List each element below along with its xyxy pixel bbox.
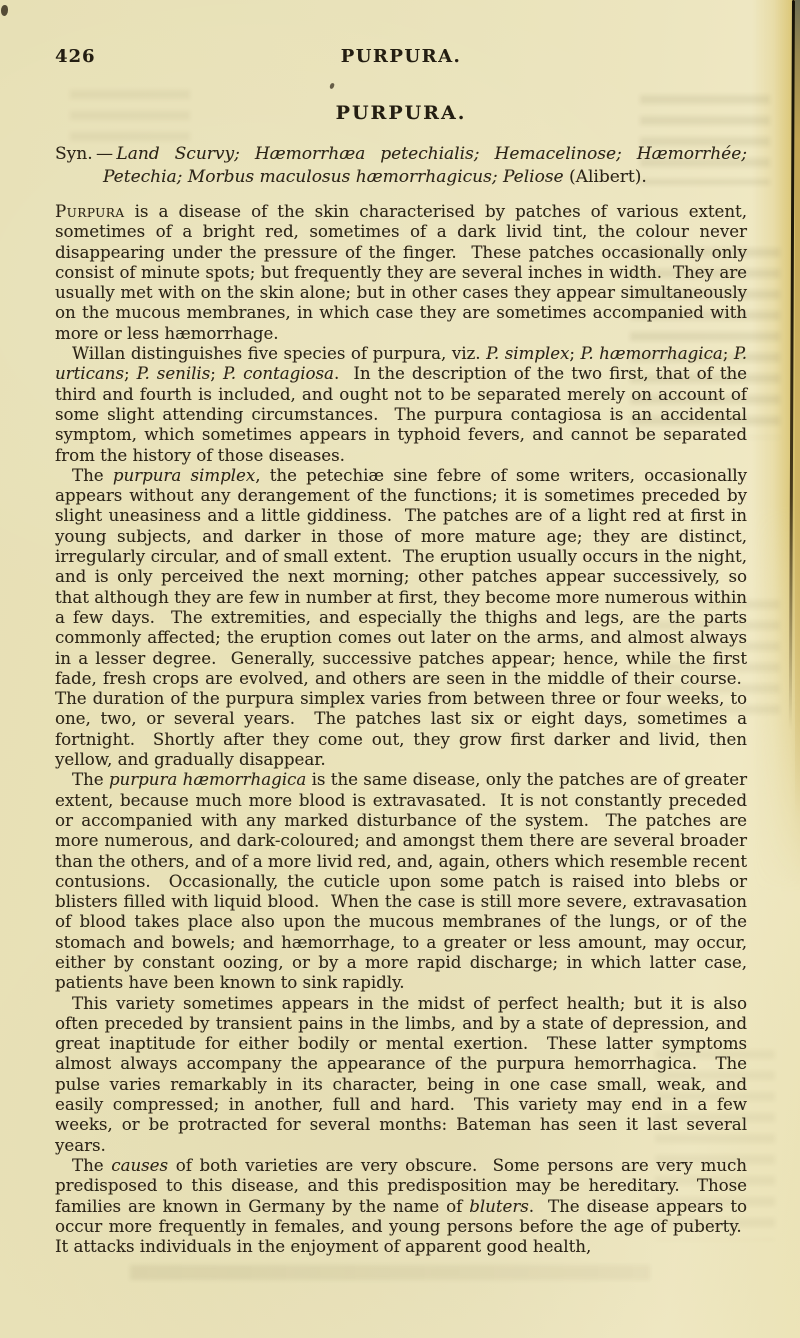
text-segment: Syn. —	[55, 144, 116, 164]
book-page-scan: 426 PURPURA. PURPURA. Syn. — Land Scurvy…	[0, 0, 800, 1338]
synonyms-line: Syn. — Land Scurvy; Hæmorrhæa petechiali…	[55, 143, 747, 189]
text-segment: The	[72, 770, 109, 789]
text-segment: purpura simplex	[113, 466, 255, 485]
page-edge-gold-strip	[795, 0, 800, 820]
text-segment: The	[72, 466, 113, 485]
text-segment: This variety sometimes appears in the mi…	[55, 994, 747, 1155]
ink-speck	[1, 5, 8, 16]
running-head-row: 426 PURPURA.	[55, 46, 747, 68]
text-segment: ;	[210, 364, 223, 383]
text-segment: bluters	[469, 1197, 529, 1216]
text-segment: P. senilis	[137, 364, 211, 383]
running-head: PURPURA.	[341, 46, 462, 67]
show-through-smudge	[130, 1265, 650, 1280]
paragraph-1: Purpura is a disease of the skin charact…	[55, 202, 747, 344]
text-segment: is a disease of the skin characterised b…	[55, 202, 747, 343]
paragraph-3: The purpura simplex, the petechiæ sine f…	[55, 466, 747, 770]
text-segment: Purpura	[55, 202, 125, 221]
text-segment: ;	[723, 344, 734, 363]
article-title: PURPURA.	[55, 102, 747, 124]
text-segment: P. contagiosa	[223, 364, 334, 383]
text-segment: Land Scurvy; Hæmorrhæa petechialis; Hema…	[103, 144, 747, 187]
text-segment: purpura hæmorrhagica	[109, 770, 306, 789]
text-segment: is the same disease, only the patches ar…	[55, 770, 747, 992]
paragraph-5: This variety sometimes appears in the mi…	[55, 994, 747, 1156]
text-segment: causes	[111, 1156, 168, 1175]
text-segment: ;	[569, 344, 580, 363]
paragraph-4: The purpura hæmorrhagica is the same dis…	[55, 770, 747, 993]
text-segment: The	[72, 1156, 111, 1175]
ink-speck	[329, 83, 335, 90]
text-segment: ;	[124, 364, 137, 383]
text-segment: , the petechiæ sine febre of some writer…	[55, 466, 747, 769]
paragraph-2: Willan distinguishes five species of pur…	[55, 344, 747, 466]
text-segment: P. simplex	[486, 344, 569, 363]
text-segment: (Alibert).	[569, 167, 647, 187]
article-body: Purpura is a disease of the skin charact…	[55, 202, 747, 1257]
text-segment: Willan distinguishes five species of pur…	[72, 344, 486, 363]
text-segment: P. hæmorrhagica	[581, 344, 723, 363]
page-number: 426	[55, 46, 96, 67]
paragraph-6: The causes of both varieties are very ob…	[55, 1156, 747, 1257]
